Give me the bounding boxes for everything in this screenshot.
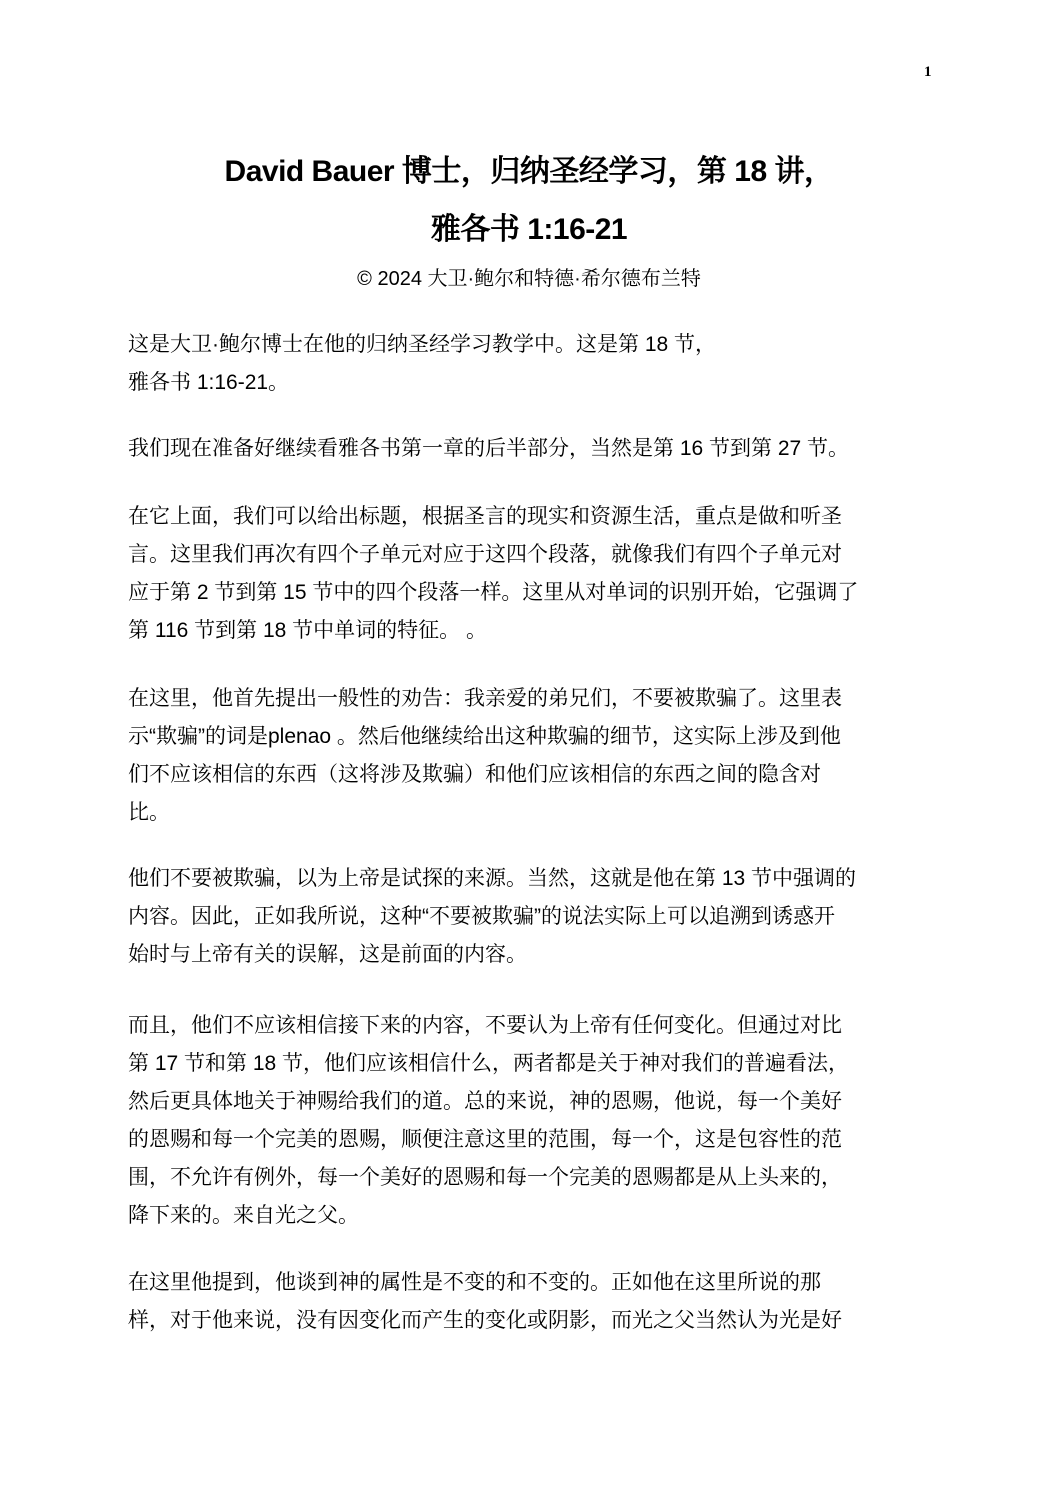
paragraph-unchanging-attributes: 在这里他提到，他谈到神的属性是不变的和不变的。正如他在这里所说的那 样，对于他来… bbox=[128, 1264, 948, 1340]
text-line: 在它上面，我们可以给出标题，根据圣言的现实和资源生活，重点是做和听圣 bbox=[128, 498, 948, 536]
document-title-line-1: David Bauer 博士，归纳圣经学习，第 18 讲， bbox=[0, 146, 1058, 190]
text-line: 示“欺骗”的词是plenao 。然后他继续给出这种欺骗的细节，这实际上涉及到他 bbox=[128, 718, 948, 756]
text-line: 比。 bbox=[128, 794, 948, 832]
text-line: 然后更具体地关于神赐给我们的道。总的来说，神的恩赐，他说，每一个美好 bbox=[128, 1083, 948, 1121]
paragraph-intro: 这是大卫·鲍尔博士在他的归纳圣经学习教学中。这是第 18 节， 雅各书 1:16… bbox=[128, 326, 948, 402]
paragraph-good-gifts: 而且，他们不应该相信接下来的内容，不要认为上帝有任何变化。但通过对比 第 17 … bbox=[128, 1007, 948, 1235]
text-line: 应于第 2 节到第 15 节中的四个段落一样。这里从对单词的识别开始，它强调了 bbox=[128, 574, 948, 612]
text-line: 雅各书 1:16-21。 bbox=[128, 364, 948, 402]
page-number: 1 bbox=[924, 64, 932, 81]
text-line: 在这里他提到，他谈到神的属性是不变的和不变的。正如他在这里所说的那 bbox=[128, 1264, 948, 1302]
document-title-line-2: 雅各书 1:16-21 bbox=[0, 204, 1058, 248]
text-line: 围，不允许有例外，每一个美好的恩赐和每一个完美的恩赐都是从上头来的， bbox=[128, 1159, 948, 1197]
paragraph-overview: 我们现在准备好继续看雅各书第一章的后半部分，当然是第 16 节到第 27 节。 bbox=[128, 430, 948, 468]
text-line: 第 17 节和第 18 节，他们应该相信什么，两者都是关于神对我们的普遍看法， bbox=[128, 1045, 948, 1083]
text-line: 这是大卫·鲍尔博士在他的归纳圣经学习教学中。这是第 18 节， bbox=[128, 326, 948, 364]
paragraph-exhortation: 在这里，他首先提出一般性的劝告：我亲爱的弟兄们，不要被欺骗了。这里表 示“欺骗”… bbox=[128, 680, 948, 832]
text-line: 降下来的。来自光之父。 bbox=[128, 1197, 948, 1235]
text-line: 们不应该相信的东西（这将涉及欺骗）和他们应该相信的东西之间的隐含对 bbox=[128, 756, 948, 794]
text-line: 在这里，他首先提出一般性的劝告：我亲爱的弟兄们，不要被欺骗了。这里表 bbox=[128, 680, 948, 718]
text-line: 他们不要被欺骗，以为上帝是试探的来源。当然，这就是他在第 13 节中强调的 bbox=[128, 860, 948, 898]
text-line: 内容。因此，正如我所说，这种“不要被欺骗”的说法实际上可以追溯到诱惑开 bbox=[128, 898, 948, 936]
copyright-notice: © 2024 大卫·鲍尔和特德·希尔德布兰特 bbox=[0, 262, 1058, 291]
text-line: 言。这里我们再次有四个子单元对应于这四个段落，就像我们有四个子单元对 bbox=[128, 536, 948, 574]
text-line: 我们现在准备好继续看雅各书第一章的后半部分，当然是第 16 节到第 27 节。 bbox=[128, 430, 948, 468]
text-line: 而且，他们不应该相信接下来的内容，不要认为上帝有任何变化。但通过对比 bbox=[128, 1007, 948, 1045]
text-line: 始时与上帝有关的误解，这是前面的内容。 bbox=[128, 936, 948, 974]
text-line: 的恩赐和每一个完美的恩赐，顺便注意这里的范围，每一个，这是包容性的范 bbox=[128, 1121, 948, 1159]
paragraph-temptation-source: 他们不要被欺骗，以为上帝是试探的来源。当然，这就是他在第 13 节中强调的 内容… bbox=[128, 860, 948, 974]
text-line: 样，对于他来说，没有因变化而产生的变化或阴影，而光之父当然认为光是好 bbox=[128, 1302, 948, 1340]
paragraph-heading-structure: 在它上面，我们可以给出标题，根据圣言的现实和资源生活，重点是做和听圣 言。这里我… bbox=[128, 498, 948, 650]
text-line: 第 116 节到第 18 节中单词的特征。 。 bbox=[128, 612, 948, 650]
